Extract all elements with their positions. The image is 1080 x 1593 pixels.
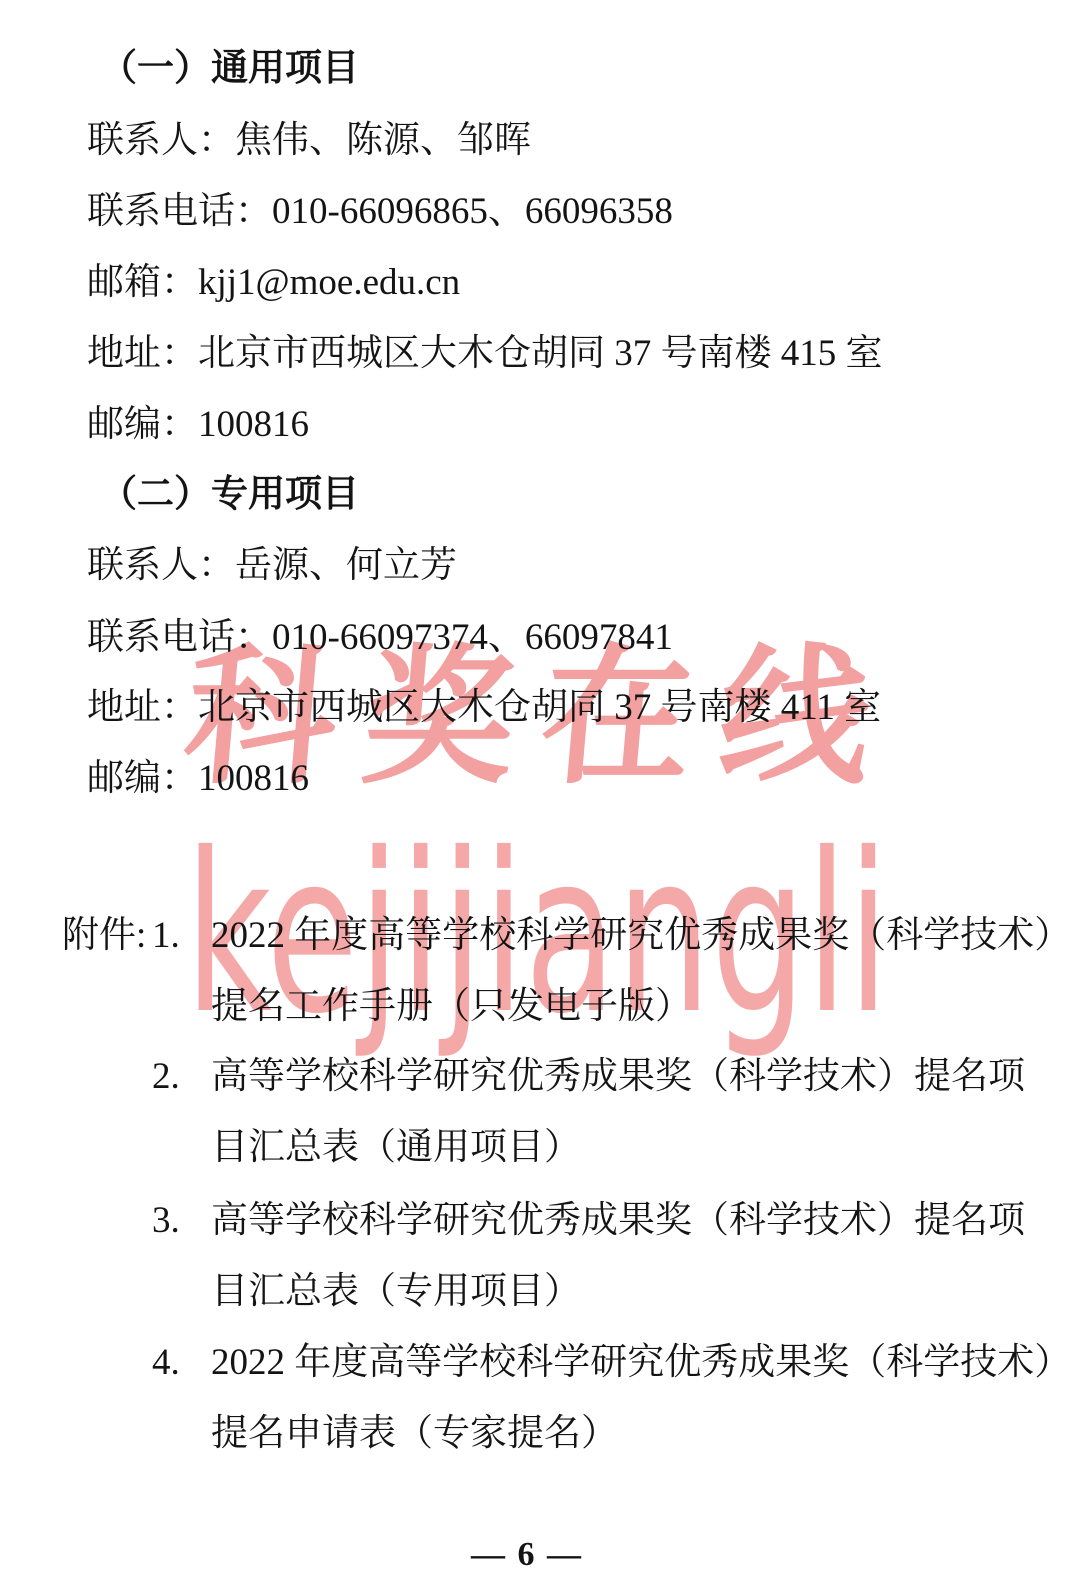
attachment-1-number: 1. xyxy=(152,917,180,954)
attachments-label: 附件: xyxy=(62,917,146,954)
attachment-4-line2: 提名申请表（专家提名） xyxy=(211,1415,618,1452)
section-heading-special: （二）专用项目 xyxy=(100,476,359,513)
page-number: — 6 — xyxy=(471,1538,583,1572)
attachment-2-line2: 目汇总表（通用项目） xyxy=(211,1129,581,1166)
contact-address-line: 地址：北京市西城区大木仓胡同 37 号南楼 415 室 xyxy=(87,335,883,372)
attachment-1-line2: 提名工作手册（只发电子版） xyxy=(211,988,692,1025)
attachment-3-line1: 高等学校科学研究优秀成果奖（科学技术）提名项 xyxy=(211,1202,1025,1239)
attachment-4-line1: 2022 年度高等学校科学研究优秀成果奖（科学技术） xyxy=(211,1344,1071,1381)
contact-person-line: 联系人：岳源、何立芳 xyxy=(87,547,457,584)
contact-postcode-line: 邮编：100816 xyxy=(87,406,309,443)
contact-person-line: 联系人：焦伟、陈源、邹晖 xyxy=(87,122,531,159)
document-page: 科奖在线 kejijiangli （一）通用项目 联系人：焦伟、陈源、邹晖 联系… xyxy=(0,0,1080,1593)
attachment-3-number: 3. xyxy=(152,1202,180,1239)
contact-address-line: 地址：北京市西城区大木仓胡同 37 号南楼 411 室 xyxy=(87,689,881,726)
attachment-3-line2: 目汇总表（专用项目） xyxy=(211,1273,581,1310)
attachment-2-number: 2. xyxy=(152,1058,180,1095)
attachment-4-number: 4. xyxy=(152,1344,180,1381)
contact-phone-line: 联系电话：010-66097374、66097841 xyxy=(87,619,673,656)
attachment-2-line1: 高等学校科学研究优秀成果奖（科学技术）提名项 xyxy=(211,1058,1025,1095)
contact-postcode-line: 邮编：100816 xyxy=(87,760,309,797)
attachment-1-line1: 2022 年度高等学校科学研究优秀成果奖（科学技术） xyxy=(211,917,1071,954)
contact-email-line: 邮箱：kjj1@moe.edu.cn xyxy=(87,264,460,301)
section-heading-general: （一）通用项目 xyxy=(100,50,359,87)
contact-phone-line: 联系电话：010-66096865、66096358 xyxy=(87,193,673,230)
